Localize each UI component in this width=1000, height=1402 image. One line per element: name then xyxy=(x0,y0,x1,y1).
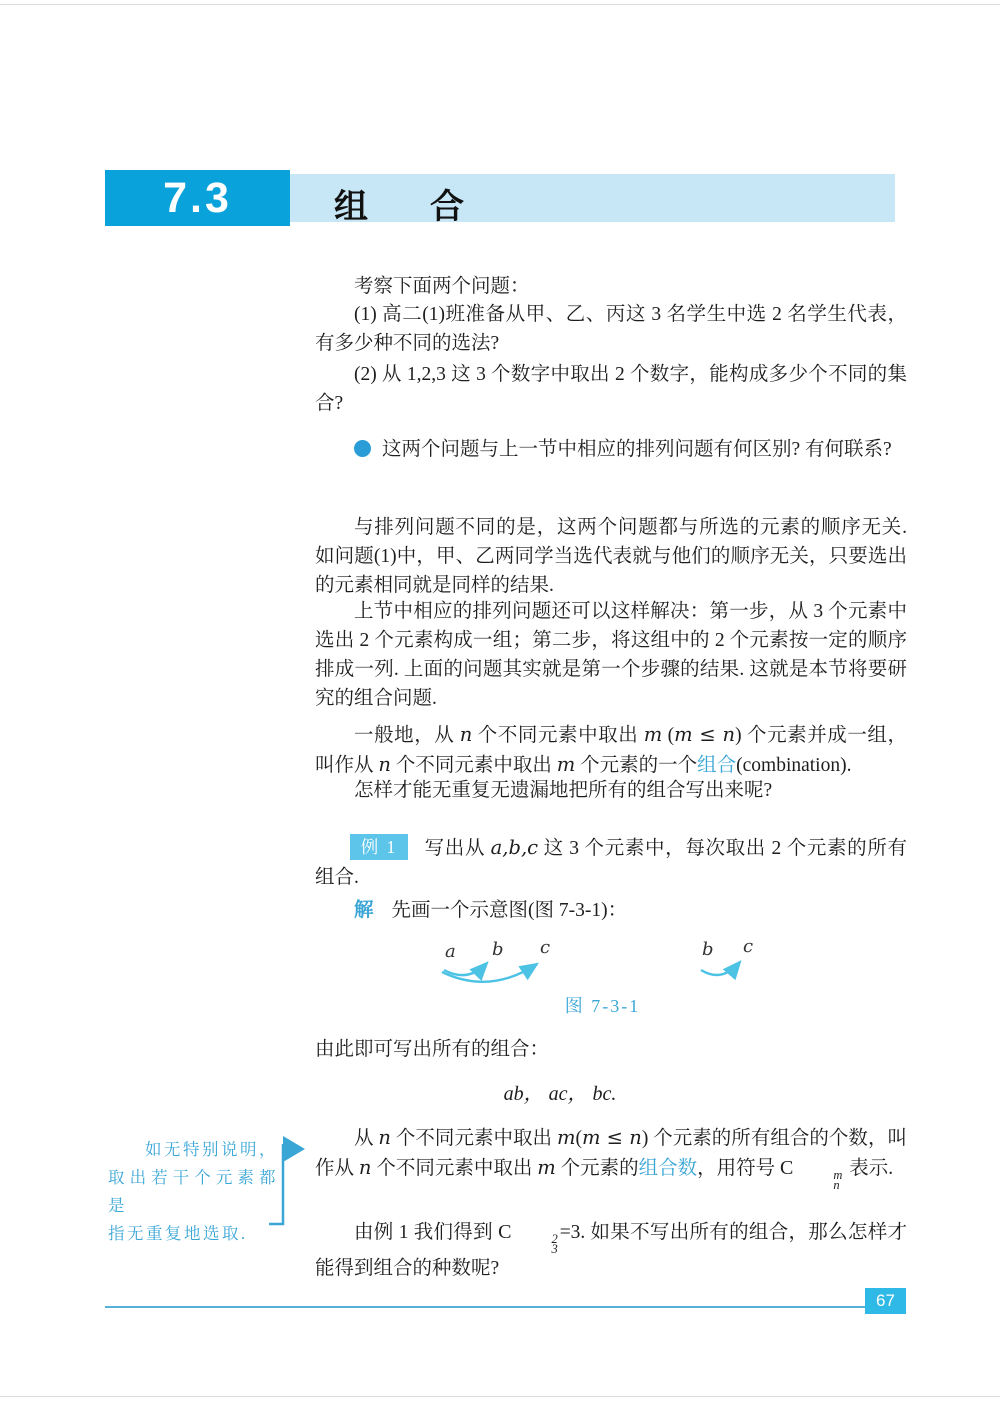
textbook-page: 7.3 组合 考察下面两个问题： (1) 高二(1)班准备从甲、乙、丙这 3 名… xyxy=(0,0,1000,1402)
arrow-a-to-c xyxy=(442,964,537,982)
section-number-box: 7.3 xyxy=(105,170,290,226)
margin-note-pointer-icon xyxy=(262,1134,308,1234)
figure-label-a: a xyxy=(445,941,456,962)
deduce-lead: 由此即可写出所有的组合： xyxy=(315,1035,907,1064)
figure-label-b: b xyxy=(492,939,504,960)
figure-label-b2: b xyxy=(702,939,714,960)
solve-label: 解 xyxy=(354,900,374,921)
footer-rule xyxy=(105,1306,905,1308)
math-var: n xyxy=(378,1126,391,1149)
figure-arrows xyxy=(430,938,775,990)
math-var: m xyxy=(557,1126,576,1149)
closing-text: 由例 1 我们得到 xyxy=(354,1222,498,1243)
definition-text: 个不同元素中取出 xyxy=(391,755,557,776)
margin-note-line: 取出若干个元素都是 xyxy=(108,1164,278,1220)
math-var: m ≤ n xyxy=(674,723,735,746)
section-number: 7.3 xyxy=(163,174,232,223)
combo-text: 个元素的 xyxy=(556,1158,639,1179)
solution-line: 解先画一个示意图(图 7-3-1)： xyxy=(315,896,907,925)
figure-caption: 图 7-3-1 xyxy=(430,992,775,1018)
page-number: 67 xyxy=(876,1291,895,1311)
figure-label-c2: c xyxy=(743,936,753,957)
section-title-bar: 组合 xyxy=(290,174,895,222)
figure-label-c: c xyxy=(540,937,550,958)
combo-text: 个不同元素中取出 xyxy=(391,1128,557,1149)
definition-text: 个元素的一个 xyxy=(575,755,697,776)
example-badge: 例 1 xyxy=(350,834,408,860)
definition-text: (combination). xyxy=(736,755,851,776)
symbol-C-indices: 23 xyxy=(512,1234,557,1254)
pointer-pole xyxy=(269,1144,283,1224)
definition-text: 一般地，从 xyxy=(354,725,460,746)
math-var: m ≤ n xyxy=(582,1126,642,1149)
symbol-C-indices: mn xyxy=(794,1170,842,1190)
scan-edge-top xyxy=(0,4,1000,5)
para-ask-all: 怎样才能无重复无遗漏地把所有的组合写出来呢? xyxy=(315,776,907,805)
para-closing: 由例 1 我们得到 C23=3. 如果不写出所有的组合，那么怎样才能得到组合的种… xyxy=(315,1218,907,1283)
margin-note: 如无特别说明， 取出若干个元素都是 指无重复地选取. xyxy=(108,1136,278,1248)
pointer-flag xyxy=(283,1136,305,1162)
math-var: a,b,c xyxy=(491,836,538,859)
think-question: 这两个问题与上一节中相应的排列问题有何区别? 有何联系? xyxy=(315,435,907,464)
math-var: n xyxy=(460,723,473,746)
scan-edge-bottom xyxy=(0,1396,1000,1397)
combo-text: 个不同元素中取出 xyxy=(371,1158,537,1179)
para-combo-count: 从 n 个不同元素中取出 m(m ≤ n) 个元素的所有组合的个数，叫作从 n … xyxy=(315,1123,907,1190)
think-question-text: 这两个问题与上一节中相应的排列问题有何区别? 有何联系? xyxy=(382,439,892,460)
intro-item-2: (2) 从 1,2,3 这 3 个数字中取出 2 个数字，能构成多少个不同的集合… xyxy=(315,360,907,418)
para-order: 与排列问题不同的是，这两个问题都与所选的元素的顺序无关. 如问题(1)中，甲、乙… xyxy=(315,513,907,600)
arrow-a-to-b xyxy=(444,963,487,975)
margin-note-line: 如无特别说明， xyxy=(108,1136,278,1164)
section-header: 7.3 组合 xyxy=(105,170,895,226)
definition-text: ( xyxy=(662,725,674,746)
definition-text: 个不同元素中取出 xyxy=(472,725,643,746)
example-1: 例 1写出从 a,b,c 这 3 个元素中，每次取出 2 个元素的所有组合. xyxy=(315,833,907,892)
combo-text: ，用符号 xyxy=(697,1158,780,1179)
symbol-subscript: 3 xyxy=(512,1244,557,1254)
term-combination-number: 组合数 xyxy=(639,1158,698,1179)
bullet-icon xyxy=(354,440,371,457)
math-var: m xyxy=(557,753,576,776)
symbol-C: C xyxy=(498,1221,511,1243)
symbol-subscript: n xyxy=(794,1180,842,1190)
math-var: m xyxy=(644,723,663,746)
combo-text: 从 xyxy=(354,1128,378,1149)
solve-text: 先画一个示意图(图 7-3-1)： xyxy=(392,900,628,921)
math-var: m xyxy=(537,1156,556,1179)
page-number-badge: 67 xyxy=(865,1288,906,1314)
margin-note-line: 指无重复地选取. xyxy=(108,1220,278,1248)
para-definition: 一般地，从 n 个不同元素中取出 m (m ≤ n) 个元素并成一组，叫作从 n… xyxy=(315,720,907,780)
arrow-b-to-c xyxy=(701,962,740,975)
figure-7-3-1: a b c b c xyxy=(430,938,775,990)
section-title: 组合 xyxy=(334,179,526,228)
intro-lead: 考察下面两个问题： xyxy=(315,272,907,301)
combo-text: 表示. xyxy=(844,1158,893,1179)
intro-item-1: (1) 高二(1)班准备从甲、乙、丙这 3 名学生中选 2 名学生代表，有多少种… xyxy=(315,300,907,358)
math-var: n xyxy=(378,753,391,776)
term-combination: 组合 xyxy=(697,755,736,776)
para-steps: 上节中相应的排列问题还可以这样解决：第一步，从 3 个元素中选出 2 个元素构成… xyxy=(315,597,907,713)
math-var: n xyxy=(359,1156,372,1179)
symbol-C: C xyxy=(780,1157,793,1179)
combinations-formula: ab， ac， bc. xyxy=(315,1077,805,1106)
example-text: 写出从 xyxy=(424,838,491,859)
